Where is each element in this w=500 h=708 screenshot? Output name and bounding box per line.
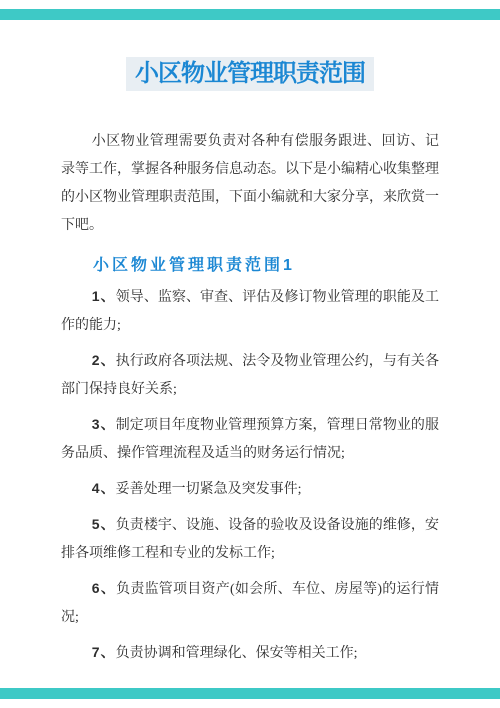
list-item: 3、制定项目年度物业管理预算方案，管理日常物业的服务品质、操作管理流程及适当的财… xyxy=(61,410,439,468)
page-title: 小区物业管理职责范围 xyxy=(61,54,439,94)
document-page: { "page": { "title": "小区物业管理职责范围", "acce… xyxy=(0,0,500,708)
list-item: 6、负责监管项目资产(如会所、车位、房屋等)的运行情况; xyxy=(61,574,439,632)
list-item-number: 5、 xyxy=(92,516,116,532)
list-item: 2、执行政府各项法规、法令及物业管理公约，与有关各部门保持良好关系; xyxy=(61,346,439,404)
list-item: 7、负责协调和管理绿化、保安等相关工作; xyxy=(61,638,439,668)
list-item-number: 3、 xyxy=(92,416,116,432)
bottom-accent-bar xyxy=(0,688,500,699)
list-item-number: 2、 xyxy=(92,352,116,368)
list-item-number: 6、 xyxy=(92,580,116,596)
page-title-text: 小区物业管理职责范围 xyxy=(126,57,374,91)
list-item-number: 4、 xyxy=(92,480,116,496)
list-item-text: 领导、监察、审查、评估及修订物业管理的职能及工作的能力; xyxy=(61,290,439,333)
document-body: 小区物业管理职责范围 小区物业管理需要负责对各种有偿服务跟进、回访、记录等工作，… xyxy=(0,0,500,674)
list-item-text: 执行政府各项法规、法令及物业管理公约，与有关各部门保持良好关系; xyxy=(61,354,439,397)
section-heading: 小区物业管理职责范围1 xyxy=(61,252,439,280)
list-item-text: 妥善处理一切紧急及突发事件; xyxy=(116,482,302,497)
list-item-text: 负责协调和管理绿化、保安等相关工作; xyxy=(116,646,358,661)
list-item: 1、领导、监察、审查、评估及修订物业管理的职能及工作的能力; xyxy=(61,282,439,340)
list-item: 5、负责楼宇、设施、设备的验收及设备设施的维修，安排各项维修工程和专业的发标工作… xyxy=(61,510,439,568)
intro-paragraph: 小区物业管理需要负责对各种有偿服务跟进、回访、记录等工作，掌握各种服务信息动态。… xyxy=(61,128,439,240)
list-item-text: 制定项目年度物业管理预算方案，管理日常物业的服务品质、操作管理流程及适当的财务运… xyxy=(61,418,439,461)
list-item-number: 1、 xyxy=(92,288,116,304)
list-item: 4、妥善处理一切紧急及突发事件; xyxy=(61,474,439,504)
list-item-text: 负责楼宇、设施、设备的验收及设备设施的维修，安排各项维修工程和专业的发标工作; xyxy=(61,518,439,561)
list-item-number: 7、 xyxy=(92,644,116,660)
list-item-text: 负责监管项目资产(如会所、车位、房屋等)的运行情况; xyxy=(61,582,439,625)
